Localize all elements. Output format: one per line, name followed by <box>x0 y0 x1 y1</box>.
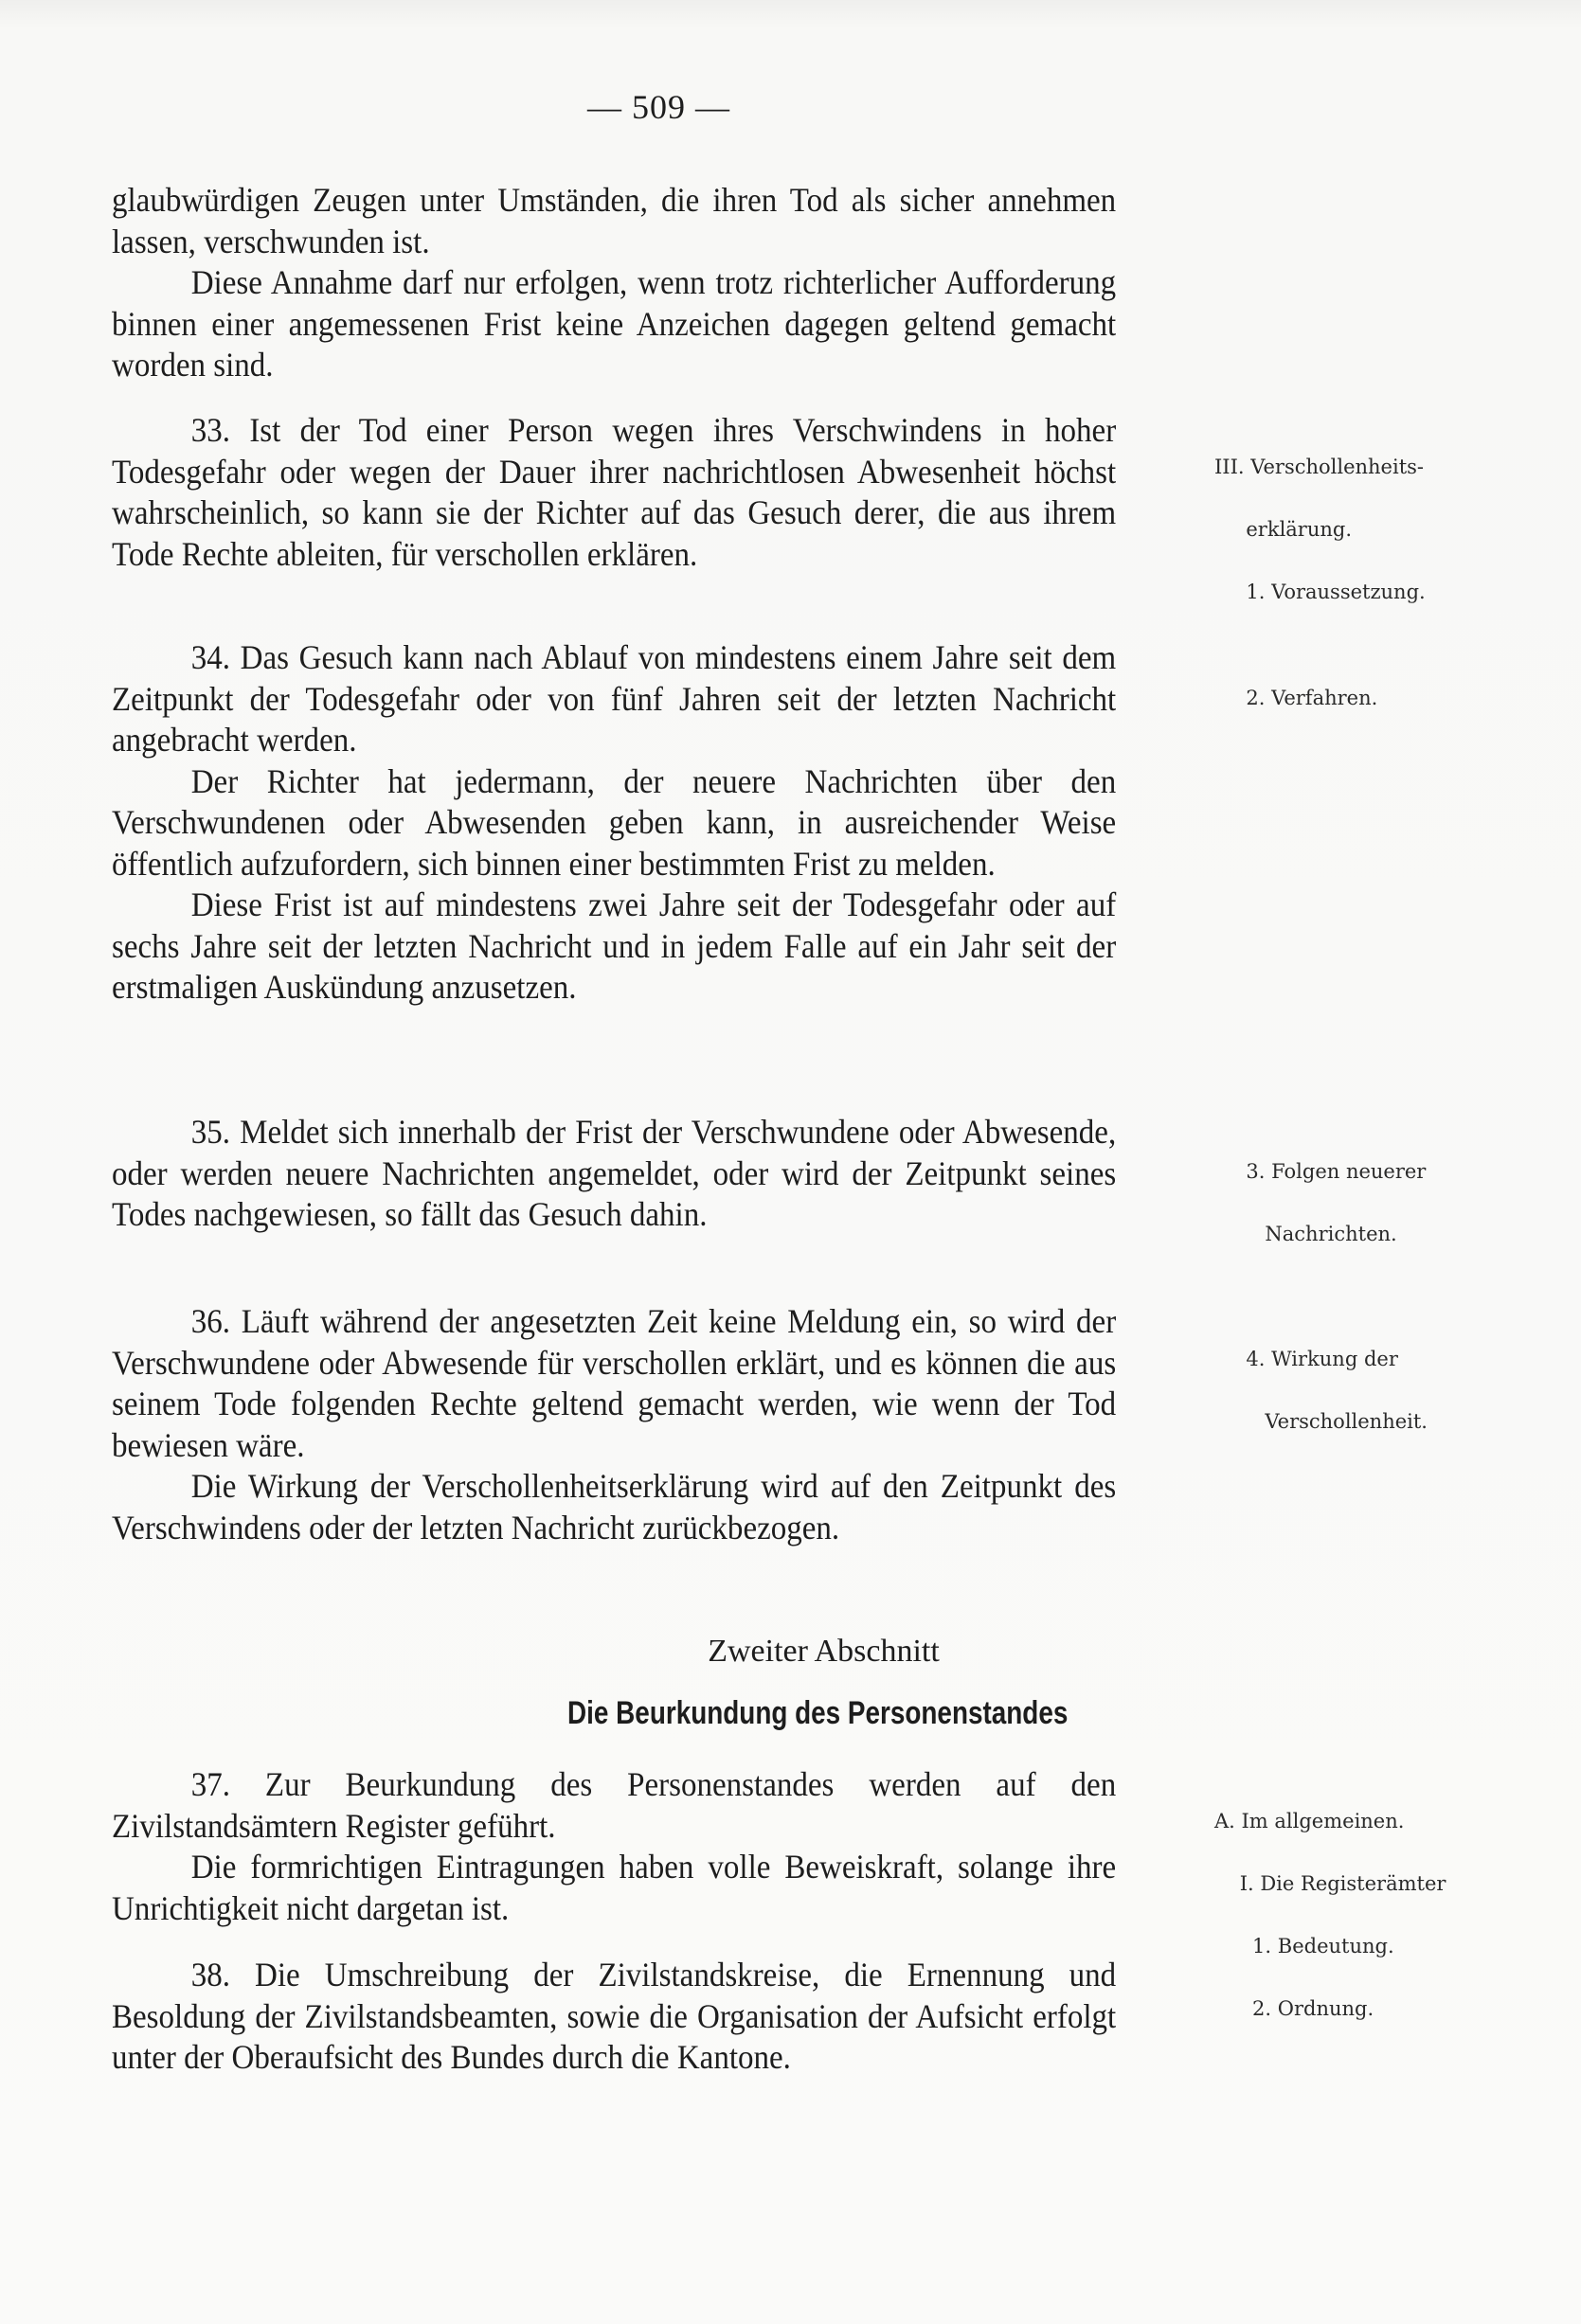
paragraph-text: Diese Frist ist auf mindestens zwei Jahr… <box>112 885 1116 1009</box>
margin-note-ordnung: 2. Ordnung. <box>1214 1957 1374 2061</box>
margin-note-line: Verschollenheit. <box>1214 1411 1428 1432</box>
document-page: — 509 — glaubwürdigen Zeugen unter Umstä… <box>0 0 1581 2324</box>
margin-note-line: erklärung. <box>1214 519 1426 540</box>
margin-note-folgen: 3. Folgen neuerer Nachrichten. <box>1214 1119 1426 1286</box>
section-title: Die Beurkundung des Personenstandes <box>142 1695 1439 1732</box>
margin-note-line: A. Im allgemeinen. <box>1214 1811 1446 1832</box>
margin-note-line: Nachrichten. <box>1214 1224 1426 1244</box>
article-37: 37. Zur Beurkundung des Personenstandes … <box>112 1764 1116 1929</box>
paragraph-text: 34. Das Gesuch kann nach Ablauf von mind… <box>112 637 1116 761</box>
paragraph-text: 33. Ist der Tod einer Person wegen ihres… <box>112 410 1116 575</box>
paragraph-text: 38. Die Umschreibung der Zivilstandskrei… <box>112 1955 1116 2079</box>
article-33: 33. Ist der Tod einer Person wegen ihres… <box>112 410 1116 575</box>
margin-note-line: 3. Folgen neuerer <box>1214 1161 1426 1182</box>
margin-note-wirkung: 4. Wirkung der Verschollenheit. <box>1214 1307 1428 1474</box>
article-34: 34. Das Gesuch kann nach Ablauf von mind… <box>112 637 1116 1009</box>
paragraph-continuation: glaubwürdigen Zeugen unter Umständen, di… <box>112 180 1116 386</box>
article-38: 38. Die Umschreibung der Zivilstandskrei… <box>112 1955 1116 2079</box>
margin-note-line: 4. Wirkung der <box>1214 1349 1428 1369</box>
margin-note-line: 2. Ordnung. <box>1214 1998 1374 2019</box>
margin-note-line: 1. Voraussetzung. <box>1214 581 1426 602</box>
article-36: 36. Läuft während der angesetzten Zeit k… <box>112 1301 1116 1548</box>
paragraph-text: Der Richter hat jedermann, der neuere Na… <box>112 761 1116 885</box>
margin-note-line: III. Verschollenheits- <box>1214 456 1426 477</box>
margin-note-verfahren: 2. Verfahren. <box>1214 646 1377 750</box>
margin-note-line: 2. Verfahren. <box>1214 688 1377 708</box>
section-label: Zweiter Abschnitt <box>0 1634 1581 1670</box>
paragraph-text: 36. Läuft während der angesetzten Zeit k… <box>112 1301 1116 1466</box>
margin-note-line: I. Die Registerämter <box>1214 1873 1446 1894</box>
paragraph-text: 37. Zur Beurkundung des Personenstandes … <box>112 1764 1116 1847</box>
paragraph-text: Diese Annahme darf nur erfolgen, wenn tr… <box>112 262 1116 386</box>
paragraph-text: Die formrichtigen Eintragungen haben vol… <box>112 1847 1116 1929</box>
margin-note-verschollenheitserklaerung: III. Verschollenheits- erklärung. 1. Vor… <box>1214 415 1426 644</box>
paragraph-text: glaubwürdigen Zeugen unter Umständen, di… <box>112 180 1116 262</box>
page-number: — 509 — <box>0 87 1581 127</box>
article-35: 35. Meldet sich innerhalb der Frist der … <box>112 1112 1116 1236</box>
margin-note-line: 1. Bedeutung. <box>1214 1936 1446 1957</box>
paragraph-text: 35. Meldet sich innerhalb der Frist der … <box>112 1112 1116 1236</box>
paragraph-text: Die Wirkung der Verschollenheitserklärun… <box>112 1466 1116 1548</box>
